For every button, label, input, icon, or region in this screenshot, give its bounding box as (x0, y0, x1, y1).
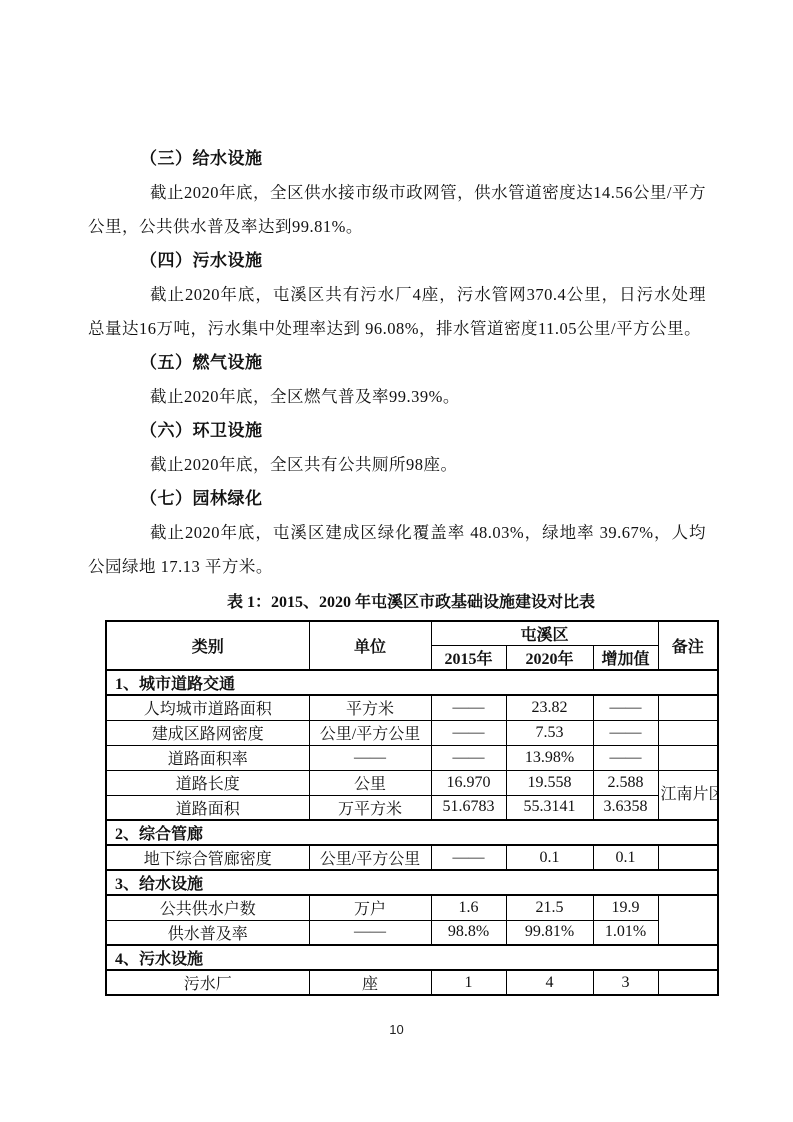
row-unit: —— (309, 745, 431, 770)
header-unit: 单位 (309, 621, 431, 670)
page-content: （三）给水设施 截止2020年底，全区供水接市级市政网管，供水管道密度达14.5… (88, 142, 706, 996)
row-note (658, 745, 718, 770)
section-row-utility-tunnel: 2、综合管廊 (106, 820, 718, 845)
value-delta: 3 (593, 970, 658, 995)
table-row: 地下综合管廊密度 公里/平方公里 —— 0.1 0.1 (106, 845, 718, 870)
row-unit: 公里/平方公里 (309, 845, 431, 870)
section-row-sewage: 4、污水设施 (106, 945, 718, 970)
paragraph-gas: 截止2020年底，全区燃气普及率99.39%。 (88, 380, 706, 414)
value-2015: —— (431, 720, 506, 745)
comparison-table-wrapper: 表 1：2015、2020 年屯溪区市政基础设施建设对比表 类别 单位 屯溪区 … (105, 586, 717, 996)
section-name: 1、城市道路交通 (106, 670, 718, 695)
section-row-water-supply: 3、给水设施 (106, 870, 718, 895)
value-2015: —— (431, 845, 506, 870)
paragraph-sanitation: 截止2020年底，全区共有公共厕所98座。 (88, 448, 706, 482)
section-heading-sewage: （四）污水设施 (88, 244, 706, 278)
value-2015: 51.6783 (431, 795, 506, 820)
row-label: 人均城市道路面积 (106, 695, 309, 720)
table-header-row-1: 类别 单位 屯溪区 备注 (106, 621, 718, 646)
row-label: 道路长度 (106, 770, 309, 795)
value-2015: —— (431, 745, 506, 770)
header-category: 类别 (106, 621, 309, 670)
row-note (658, 845, 718, 870)
row-unit: 万户 (309, 895, 431, 920)
row-note (658, 895, 718, 945)
value-delta: —— (593, 695, 658, 720)
row-note (658, 970, 718, 995)
value-delta: 0.1 (593, 845, 658, 870)
row-unit: 公里 (309, 770, 431, 795)
table-row: 道路面积 万平方米 51.6783 55.3141 3.6358 (106, 795, 718, 820)
row-label: 建成区路网密度 (106, 720, 309, 745)
value-2020: 21.5 (506, 895, 593, 920)
section-name: 4、污水设施 (106, 945, 718, 970)
paragraph-landscaping: 截止2020年底，屯溪区建成区绿化覆盖率 48.03%，绿地率 39.67%，人… (88, 516, 706, 584)
value-2020: 23.82 (506, 695, 593, 720)
value-2020: 0.1 (506, 845, 593, 870)
page-number: 10 (0, 1022, 793, 1037)
row-unit: 万平方米 (309, 795, 431, 820)
row-note (658, 720, 718, 745)
section-heading-landscaping: （七）园林绿化 (88, 482, 706, 516)
value-2015: 98.8% (431, 920, 506, 945)
row-label: 公共供水户数 (106, 895, 309, 920)
value-delta: 19.9 (593, 895, 658, 920)
value-2020: 7.53 (506, 720, 593, 745)
section-name: 2、综合管廊 (106, 820, 718, 845)
row-unit: 平方米 (309, 695, 431, 720)
row-unit: 公里/平方公里 (309, 720, 431, 745)
row-label: 道路面积 (106, 795, 309, 820)
table-row: 道路长度 公里 16.970 19.558 2.588 江南片区 (106, 770, 718, 795)
value-delta: 2.588 (593, 770, 658, 795)
value-delta: —— (593, 745, 658, 770)
table-row: 污水厂 座 1 4 3 (106, 970, 718, 995)
paragraph-sewage: 截止2020年底，屯溪区共有污水厂4座，污水管网370.4公里，日污水处理总量达… (88, 278, 706, 346)
row-unit: 座 (309, 970, 431, 995)
row-label: 地下综合管廊密度 (106, 845, 309, 870)
table-title: 表 1：2015、2020 年屯溪区市政基础设施建设对比表 (105, 586, 717, 620)
value-2020: 99.81% (506, 920, 593, 945)
value-2020: 19.558 (506, 770, 593, 795)
section-heading-sanitation: （六）环卫设施 (88, 414, 706, 448)
table-row: 人均城市道路面积 平方米 —— 23.82 —— (106, 695, 718, 720)
value-2020: 55.3141 (506, 795, 593, 820)
comparison-table: 类别 单位 屯溪区 备注 2015年 2020年 增加值 1、城市道路交通 人均… (105, 620, 719, 996)
table-row: 公共供水户数 万户 1.6 21.5 19.9 (106, 895, 718, 920)
value-2015: 1.6 (431, 895, 506, 920)
header-remark: 备注 (658, 621, 718, 670)
row-note (658, 695, 718, 720)
value-2015: 16.970 (431, 770, 506, 795)
section-row-road-traffic: 1、城市道路交通 (106, 670, 718, 695)
table-row: 道路面积率 —— —— 13.98% —— (106, 745, 718, 770)
section-heading-water-supply: （三）给水设施 (88, 142, 706, 176)
value-delta: —— (593, 720, 658, 745)
row-label: 供水普及率 (106, 920, 309, 945)
header-year-2020: 2020年 (506, 646, 593, 671)
table-row: 建成区路网密度 公里/平方公里 —— 7.53 —— (106, 720, 718, 745)
row-label: 污水厂 (106, 970, 309, 995)
header-delta: 增加值 (593, 646, 658, 671)
row-unit: —— (309, 920, 431, 945)
value-2015: 1 (431, 970, 506, 995)
table-row: 供水普及率 —— 98.8% 99.81% 1.01% (106, 920, 718, 945)
paragraph-water-supply: 截止2020年底，全区供水接市级市政网管，供水管道密度达14.56公里/平方公里… (88, 176, 706, 244)
row-note-jiangnan: 江南片区 (658, 770, 718, 820)
value-2020: 13.98% (506, 745, 593, 770)
value-2020: 4 (506, 970, 593, 995)
header-region-group: 屯溪区 (431, 621, 658, 646)
header-year-2015: 2015年 (431, 646, 506, 671)
section-name: 3、给水设施 (106, 870, 718, 895)
value-delta: 3.6358 (593, 795, 658, 820)
value-2015: —— (431, 695, 506, 720)
section-heading-gas: （五）燃气设施 (88, 346, 706, 380)
document-page: { "colors": { "text": "#111111", "border… (0, 0, 793, 1122)
value-delta: 1.01% (593, 920, 658, 945)
row-label: 道路面积率 (106, 745, 309, 770)
